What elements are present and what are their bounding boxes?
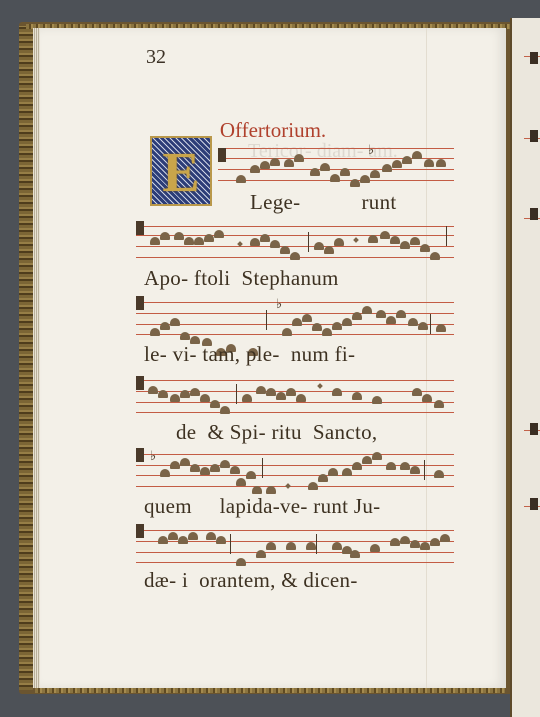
lyric-line-2: Apo- ftoli Stephanum bbox=[144, 266, 339, 291]
offertorium-rubric: Offertorium. bbox=[40, 118, 506, 143]
lyric-line-4: de & Spi- ritu Sancto, bbox=[176, 420, 377, 445]
music-staff-4 bbox=[136, 380, 454, 414]
facing-page-edge bbox=[510, 18, 540, 717]
folio-number: 32 bbox=[146, 46, 166, 69]
music-staff-6 bbox=[136, 530, 454, 564]
music-staff-3: ♭ bbox=[136, 302, 454, 336]
lyric-line-6: dæ- i orantem, & dicen- bbox=[144, 568, 358, 593]
gilt-bottom-edge bbox=[35, 688, 505, 693]
music-staff-2 bbox=[136, 226, 454, 260]
music-staff-5: ♭ bbox=[136, 454, 454, 488]
music-staff-1: ♭ bbox=[218, 148, 454, 182]
lyric-line-1: Lege- runt bbox=[250, 190, 397, 215]
gilt-spine-edge bbox=[19, 26, 33, 690]
lyric-line-5: quem lapida-ve- runt Ju- bbox=[144, 494, 380, 519]
lyric-line-3: le- vi- tam, ple- num fi- bbox=[144, 342, 355, 367]
illuminated-initial: E bbox=[150, 136, 212, 206]
